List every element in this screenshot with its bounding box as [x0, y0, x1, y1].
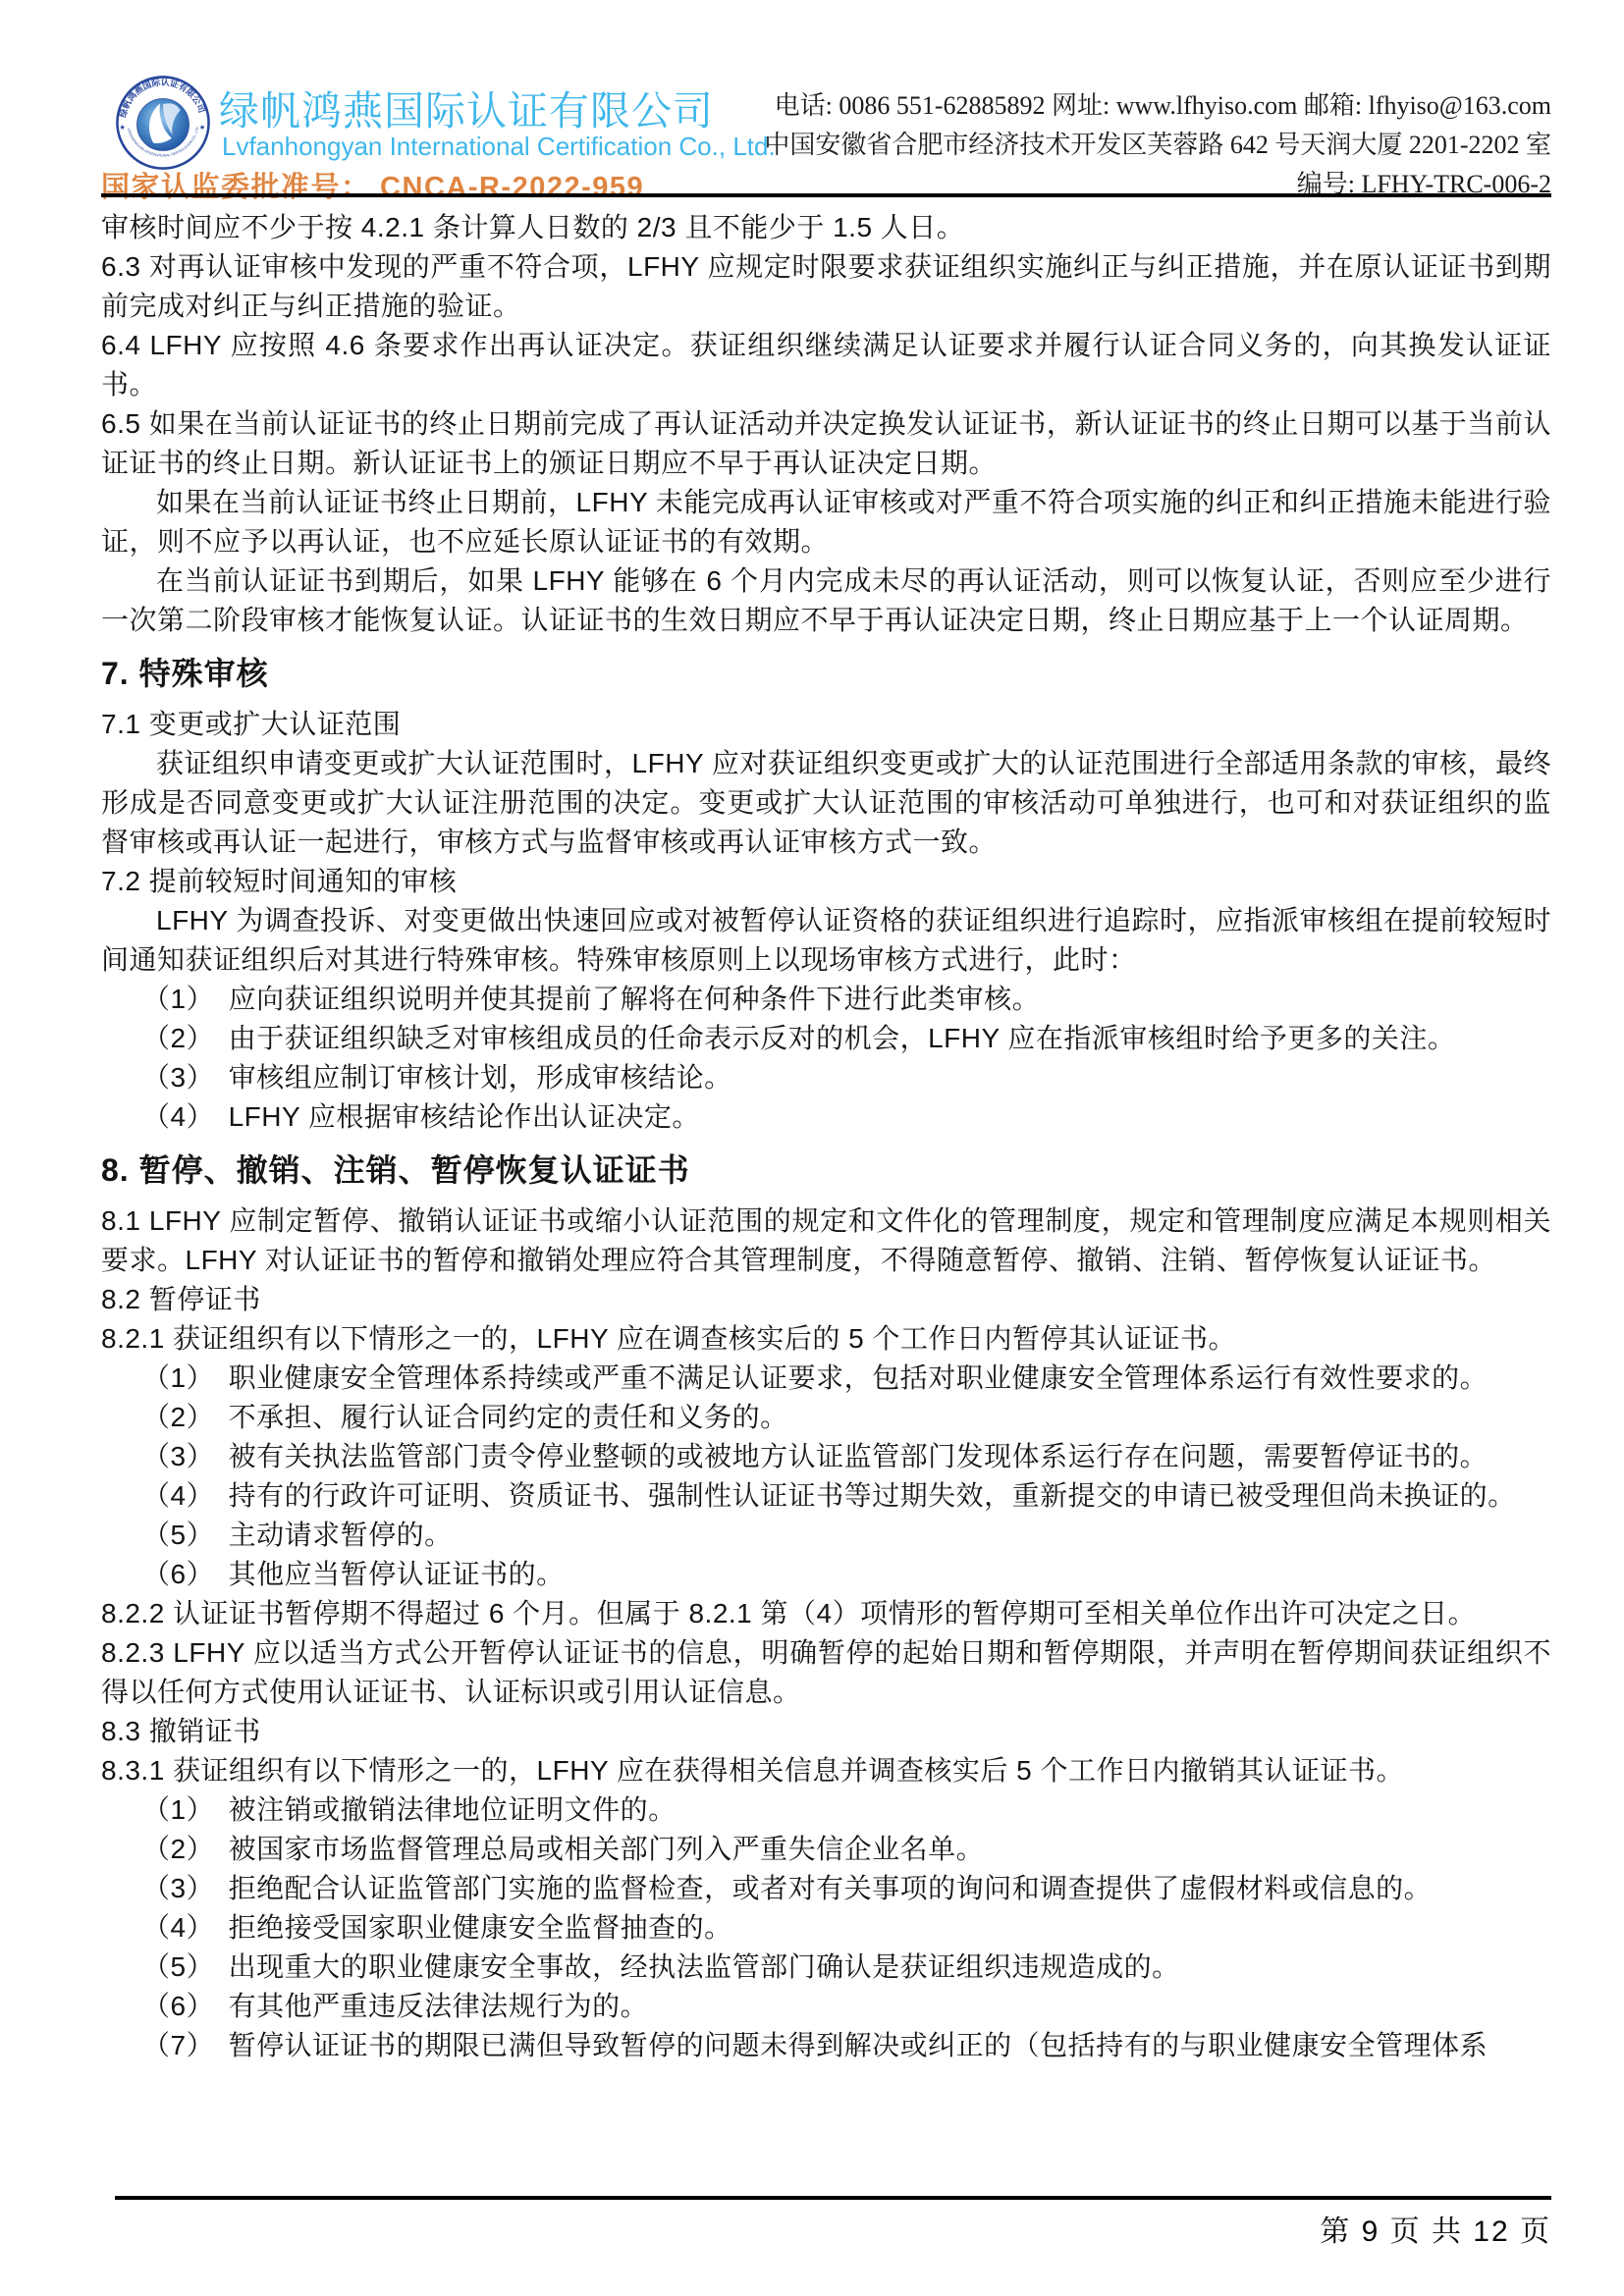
paragraph: 在当前认证证书到期后，如果 LFHY 能够在 6 个月内完成未尽的再认证活动，则…: [101, 561, 1551, 640]
list-item: （1） 职业健康安全管理体系持续或严重不满足认证要求，包括对职业健康安全管理体系…: [101, 1359, 1551, 1398]
company-name-zh: 绿帆鸿燕国际认证有限公司: [219, 79, 714, 136]
paragraph: 8.2.2 认证证书暂停期不得超过 6 个月。但属于 8.2.1 第（4）项情形…: [101, 1594, 1551, 1633]
paragraph: 8.2.1 获证组织有以下情形之一的，LFHY 应在调查核实后的 5 个工作日内…: [101, 1319, 1551, 1359]
list-item: （5） 出现重大的职业健康安全事故，经执法监管部门确认是获证组织违规造成的。: [101, 1948, 1551, 1987]
paragraph: 8.3.1 获证组织有以下情形之一的，LFHY 应在获得相关信息并调查核实后 5…: [101, 1751, 1551, 1790]
list-item: （4） 持有的行政许可证明、资质证书、强制性认证证书等过期失效，重新提交的申请已…: [101, 1476, 1551, 1516]
page-number: 第 9 页 共 12 页: [1320, 2207, 1551, 2250]
page-header: 绿帆鸿燕国际认证有限公司 LVFANHONGYAN INTERNATIONAL …: [101, 57, 1551, 194]
paragraph: 6.5 如果在当前认证证书的终止日期前完成了再认证活动并决定换发认证证书，新认证…: [101, 404, 1551, 483]
list-item: （3） 拒绝配合认证监管部门实施的监督检查，或者对有关事项的询问和调查提供了虚假…: [101, 1869, 1551, 1908]
footer-divider: [115, 2196, 1551, 2200]
list-item: （1） 被注销或撤销法律地位证明文件的。: [101, 1790, 1551, 1830]
list-item: （2） 不承担、履行认证合同约定的责任和义务的。: [101, 1398, 1551, 1437]
paragraph: 6.3 对再认证审核中发现的严重不符合项，LFHY 应规定时限要求获证组织实施纠…: [101, 247, 1551, 326]
approval-number: 国家认监委批准号： CNCA-R-2022-959: [101, 165, 644, 205]
paragraph: LFHY 为调查投诉、对变更做出快速回应或对被暂停认证资格的获证组织进行追踪时，…: [101, 901, 1551, 980]
contact-info: 电话: 0086 551-62885892 网址: www.lfhyiso.co…: [764, 86, 1551, 204]
paragraph: 8.2 暂停证书: [101, 1280, 1551, 1319]
list-item: （1） 应向获证组织说明并使其提前了解将在何种条件下进行此类审核。: [101, 980, 1551, 1019]
company-logo-icon: 绿帆鸿燕国际认证有限公司 LVFANHONGYAN INTERNATIONAL …: [115, 75, 211, 171]
list-item: （3） 审核组应制订审核计划，形成审核结论。: [101, 1058, 1551, 1097]
paragraph: 审核时间应不少于按 4.2.1 条计算人日数的 2/3 且不能少于 1.5 人日…: [101, 208, 1551, 247]
list-item: （4） 拒绝接受国家职业健康安全监督抽查的。: [101, 1908, 1551, 1948]
section-heading: 7. 特殊审核: [101, 650, 1551, 697]
list-item: （4） LFHY 应根据审核结论作出认证决定。: [101, 1097, 1551, 1137]
list-item: （7） 暂停认证证书的期限已满但导致暂停的问题未得到解决或纠正的（包括持有的与职…: [101, 2026, 1551, 2065]
paragraph: 如果在当前认证证书终止日期前，LFHY 未能完成再认证审核或对严重不符合项实施的…: [101, 483, 1551, 561]
document-page: 绿帆鸿燕国际认证有限公司 LVFANHONGYAN INTERNATIONAL …: [0, 0, 1624, 2296]
list-item: （3） 被有关执法监管部门责令停业整顿的或被地方认证监管部门发现体系运行存在问题…: [101, 1437, 1551, 1476]
company-name-en: Lvfanhongyan International Certification…: [222, 132, 776, 162]
list-item: （2） 被国家市场监督管理总局或相关部门列入严重失信企业名单。: [101, 1830, 1551, 1869]
document-body: 审核时间应不少于按 4.2.1 条计算人日数的 2/3 且不能少于 1.5 人日…: [101, 208, 1551, 2065]
header-divider: [101, 193, 1551, 197]
logo-star-left-icon: ★: [119, 123, 126, 132]
list-item: （6） 有其他严重违反法律法规行为的。: [101, 1987, 1551, 2026]
paragraph: 8.2.3 LFHY 应以适当方式公开暂停认证证书的信息，明确暂停的起始日期和暂…: [101, 1633, 1551, 1712]
paragraph: 8.3 撤销证书: [101, 1712, 1551, 1751]
contact-phone-line: 电话: 0086 551-62885892 网址: www.lfhyiso.co…: [764, 86, 1551, 126]
paragraph: 7.1 变更或扩大认证范围: [101, 705, 1551, 744]
paragraph: 获证组织申请变更或扩大认证范围时，LFHY 应对获证组织变更或扩大的认证范围进行…: [101, 744, 1551, 862]
list-item: （6） 其他应当暂停认证证书的。: [101, 1555, 1551, 1594]
paragraph: 6.4 LFHY 应按照 4.6 条要求作出再认证决定。获证组织继续满足认证要求…: [101, 326, 1551, 404]
logo-star-right-icon: ★: [199, 123, 206, 132]
list-item: （2） 由于获证组织缺乏对审核组成员的任命表示反对的机会，LFHY 应在指派审核…: [101, 1019, 1551, 1058]
paragraph: 7.2 提前较短时间通知的审核: [101, 862, 1551, 901]
list-item: （5） 主动请求暂停的。: [101, 1516, 1551, 1555]
doc-number: 编号: LFHY-TRC-006-2: [764, 165, 1551, 204]
contact-address-line: 中国安徽省合肥市经济技术开发区芙蓉路 642 号天润大厦 2201-2202 室: [764, 126, 1551, 165]
paragraph: 8.1 LFHY 应制定暂停、撤销认证证书或缩小认证范围的规定和文件化的管理制度…: [101, 1201, 1551, 1280]
section-heading: 8. 暂停、撤销、注销、暂停恢复认证证书: [101, 1147, 1551, 1194]
